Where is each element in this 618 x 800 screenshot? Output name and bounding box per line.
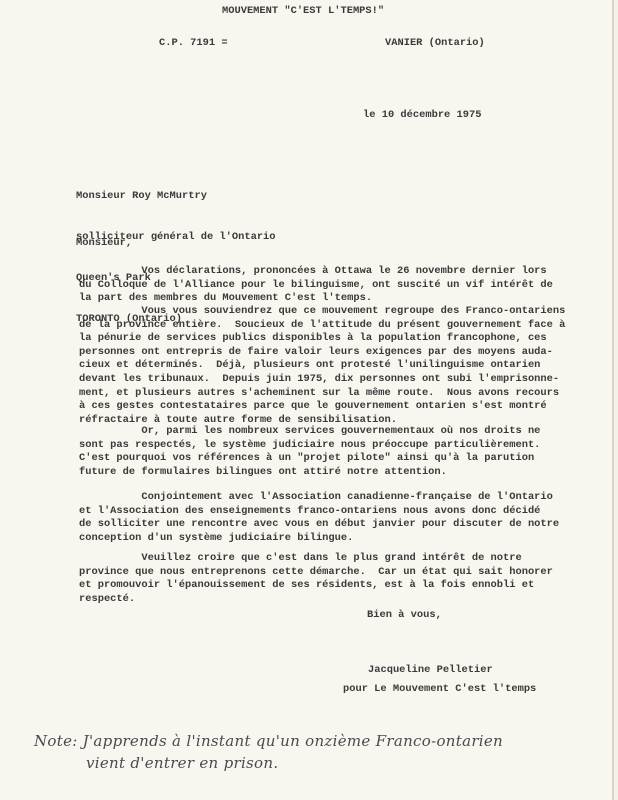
letterhead-po-box: C.P. 7191 = bbox=[159, 37, 228, 51]
paragraph-line: Veuillez croire que c'est dans le plus g… bbox=[79, 552, 559, 566]
paragraph-4: Conjointement avec l'Association canadie… bbox=[79, 491, 559, 545]
handwritten-note-line-2: vient d'entrer en prison. bbox=[86, 757, 278, 771]
paragraph-1: Vos déclarations, prononcées à Ottawa le… bbox=[79, 265, 559, 306]
paragraph-line: cieux et déterminés. Déjà, plusieurs ont… bbox=[79, 359, 559, 373]
paragraph-line: devant les tribunaux. Depuis juin 1975, … bbox=[79, 373, 559, 387]
paragraph-line: Conjointement avec l'Association canadie… bbox=[79, 491, 559, 505]
letter-date: le 10 décembre 1975 bbox=[363, 109, 481, 123]
paragraph-3: Or, parmi les nombreux services gouverne… bbox=[79, 425, 559, 479]
paragraph-5: Veuillez croire que c'est dans le plus g… bbox=[79, 552, 559, 606]
salutation: Monsieur, bbox=[76, 237, 132, 251]
letterhead-organization: MOUVEMENT "C'EST L'TEMPS!" bbox=[222, 5, 384, 19]
letterhead-city: VANIER (Ontario) bbox=[385, 37, 485, 51]
paragraph-line: la pénurie de services publics disponibl… bbox=[79, 332, 559, 346]
handwritten-note-line-1: Note: J'apprends à l'instant qu'un onziè… bbox=[34, 735, 503, 749]
paragraph-line: la part des membres du Mouvement C'est l… bbox=[79, 292, 559, 306]
signature-on-behalf: pour Le Mouvement C'est l'temps bbox=[343, 683, 536, 697]
paragraph-line: de solliciter une rencontre avec vous en… bbox=[79, 518, 559, 532]
paragraph-line: et promouvoir l'épanouissement de ses ré… bbox=[79, 579, 559, 593]
paragraph-line: sont pas respectés, le système judiciair… bbox=[79, 439, 559, 453]
paragraph-line: à ces gestes contestataires parce que le… bbox=[79, 400, 559, 414]
paragraph-line: Or, parmi les nombreux services gouverne… bbox=[79, 425, 559, 439]
signature-name: Jacqueline Pelletier bbox=[368, 664, 493, 678]
paragraph-line: de la province entière. Soucieux de l'at… bbox=[79, 319, 559, 333]
paragraph-line: Vous vous souviendrez que ce mouvement r… bbox=[79, 305, 559, 319]
paragraph-line: C'est pourquoi vos références à un "proj… bbox=[79, 452, 559, 466]
paragraph-line: province que nous entreprenons cette dém… bbox=[79, 566, 559, 580]
paragraph-line: future de formulaires bilingues ont atti… bbox=[79, 466, 559, 480]
letter-page: MOUVEMENT "C'EST L'TEMPS!" C.P. 7191 = V… bbox=[0, 0, 614, 800]
paragraph-line: du Colloque de l'Alliance pour le biling… bbox=[79, 279, 559, 293]
paragraph-line: personnes ont entrepris de faire valoir … bbox=[79, 346, 559, 360]
paragraph-line: Vos déclarations, prononcées à Ottawa le… bbox=[79, 265, 559, 279]
paragraph-line: conception d'un système judiciaire bilin… bbox=[79, 532, 559, 546]
paragraph-line: et l'Association des enseignements franc… bbox=[79, 505, 559, 519]
paragraph-line: respecté. bbox=[79, 593, 559, 607]
paragraph-2: Vous vous souviendrez que ce mouvement r… bbox=[79, 305, 559, 427]
closing: Bien à vous, bbox=[367, 609, 442, 623]
recipient-name: Monsieur Roy McMurtry bbox=[76, 190, 276, 204]
paragraph-line: ment, et plusieurs autres s'acheminent s… bbox=[79, 387, 559, 401]
